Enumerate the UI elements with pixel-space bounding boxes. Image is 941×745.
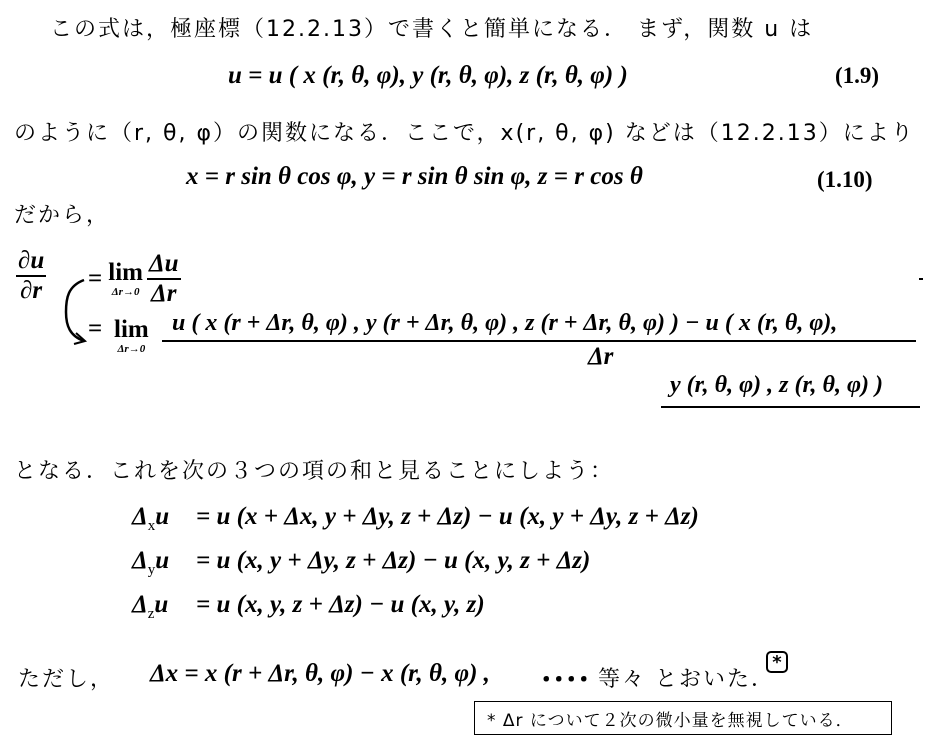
definition-suffix: 等々 とおいた． [598,662,775,693]
limit-operator: lim Δr→0 [108,260,143,298]
paragraph-three-terms: となる．これを次の３つの項の和と見ることにしよう： [14,454,614,485]
term-delta-x-rhs: = u (x + Δx, y + Δy, z + Δz) − u (x, y +… [196,503,699,531]
fraction-bar-long [162,340,916,342]
difference-denominator: Δr [588,343,613,371]
partial-numerator: ∂u [16,247,46,275]
term-delta-x: Δxu [132,503,169,535]
partial-derivative-lhs: ∂u ∂r [16,247,46,305]
partial-denominator: ∂r [18,277,44,305]
paragraph-therefore: だから， [14,198,110,229]
ellipsis-dots: ････ [540,660,590,696]
paragraph-where: ただし， [18,662,114,693]
equation-1-10: x = r sin θ cos φ, y = r sin θ sin φ, z … [186,163,643,191]
continuation-underline [661,406,920,408]
term-delta-z-rhs: = u (x, y, z + Δz) − u (x, y, z) [196,591,485,619]
derivative-line-2-equals: = [88,315,102,343]
equation-number-1-10: (1.10) [817,167,873,193]
derivative-line-1: = lim Δr→0 Δu Δr [88,250,181,308]
paragraph-function-of-polar: のように（r, θ, φ）の関数になる．ここで，x(r, θ, φ) などは（1… [14,116,915,147]
term-delta-y: Δyu [132,547,169,579]
difference-numerator: u ( x (r + Δr, θ, φ) , y (r + Δr, θ, φ) … [172,310,837,337]
footnote-marker[interactable]: * [766,651,788,673]
limit-operator-2: lim Δr→0 [114,317,149,355]
delta-fraction: Δu Δr [147,250,181,308]
term-delta-y-rhs: = u (x, y + Δy, z + Δz) − u (x, y, z + Δ… [196,547,590,575]
stray-mark [919,278,923,280]
term-delta-z: Δzu [132,591,168,623]
footnote-box: * Δr について２次の微小量を無視している． [474,701,892,735]
equation-number-1-9: (1.9) [835,63,879,89]
paragraph-intro: この式は，極座標（12.2.13）で書くと簡単になる． まず，関数 u は [50,12,813,43]
definition-delta-x: Δx = x (r + Δr, θ, φ) − x (r, θ, φ) , [150,660,490,688]
equation-1-9: u = u ( x (r, θ, φ), y (r, θ, φ), z (r, … [228,62,628,90]
numerator-continuation: y (r, θ, φ) , z (r, θ, φ) ) [670,372,883,399]
